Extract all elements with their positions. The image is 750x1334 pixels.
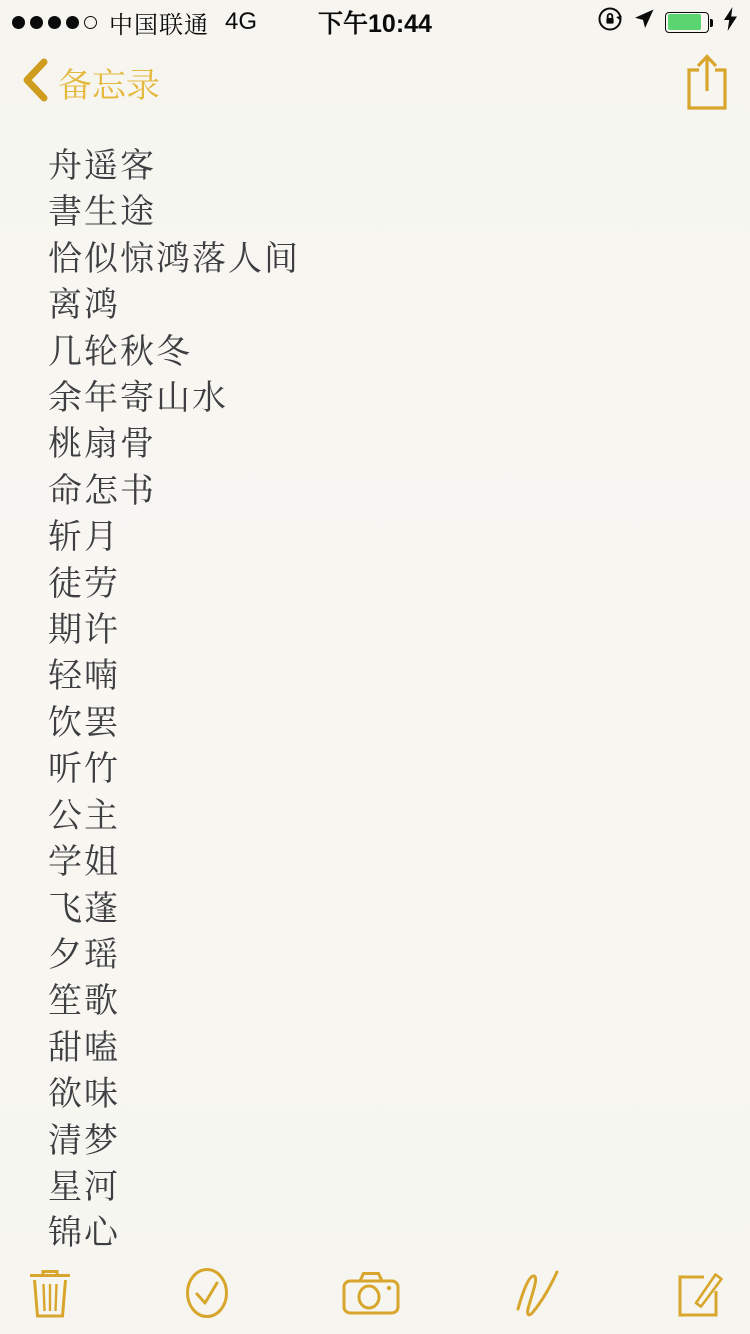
note-line: 期许 bbox=[48, 607, 710, 653]
note-line: 徒劳 bbox=[48, 561, 710, 607]
back-button-label: 备忘录 bbox=[58, 58, 160, 107]
note-line: 飞蓬 bbox=[48, 886, 710, 932]
note-line: 書生途 bbox=[48, 189, 710, 235]
note-line: 夕瑶 bbox=[48, 932, 710, 978]
charging-bolt-icon bbox=[724, 7, 738, 38]
note-line: 欲味 bbox=[48, 1071, 710, 1117]
note-line: 清梦 bbox=[48, 1118, 710, 1164]
note-line: 几轮秋冬 bbox=[48, 329, 710, 375]
signal-dot bbox=[66, 16, 79, 29]
note-line: 舟遥客 bbox=[48, 143, 710, 189]
note-line: 甜嗑 bbox=[48, 1025, 710, 1071]
status-right bbox=[597, 6, 738, 39]
status-bar: 中国联通 4G 下午10:44 bbox=[0, 0, 750, 44]
sketch-squiggle-icon bbox=[513, 1307, 563, 1322]
orientation-lock-icon bbox=[597, 6, 623, 39]
note-line: 听竹 bbox=[48, 746, 710, 792]
note-line: 笙歌 bbox=[48, 978, 710, 1024]
nav-bar: 备忘录 bbox=[0, 44, 750, 120]
iphone-screen: 中国联通 4G 下午10:44 bbox=[0, 0, 750, 1334]
note-line: 桃扇骨 bbox=[48, 421, 710, 467]
bottom-toolbar bbox=[0, 1257, 750, 1334]
checklist-button[interactable] bbox=[185, 1267, 229, 1319]
camera-button[interactable] bbox=[342, 1270, 400, 1316]
network-label: 4G bbox=[225, 8, 257, 36]
note-line: 饮罢 bbox=[48, 700, 710, 746]
signal-dot bbox=[30, 16, 43, 29]
note-line: 恰似惊鸿落人间 bbox=[48, 236, 710, 282]
note-line: 公主 bbox=[48, 793, 710, 839]
compose-button[interactable] bbox=[676, 1268, 724, 1318]
delete-button[interactable] bbox=[28, 1268, 72, 1318]
location-icon bbox=[632, 7, 656, 38]
checkmark-circle-icon bbox=[185, 1307, 229, 1322]
camera-icon bbox=[342, 1304, 400, 1319]
signal-dot bbox=[48, 16, 61, 29]
signal-dot bbox=[84, 16, 97, 29]
compose-icon bbox=[676, 1306, 724, 1321]
share-button[interactable] bbox=[686, 53, 728, 111]
note-line: 离鸿 bbox=[48, 282, 710, 328]
note-line: 轻喃 bbox=[48, 653, 710, 699]
share-icon bbox=[686, 99, 728, 114]
note-line: 斩月 bbox=[48, 514, 710, 560]
status-left: 中国联通 4G bbox=[12, 5, 257, 40]
note-line: 命怎书 bbox=[48, 468, 710, 514]
carrier-label: 中国联通 bbox=[109, 5, 209, 40]
trash-icon bbox=[28, 1306, 72, 1321]
battery-icon bbox=[665, 11, 715, 34]
signal-dots-icon bbox=[12, 16, 97, 29]
note-line: 学姐 bbox=[48, 839, 710, 885]
note-line: 余年寄山水 bbox=[48, 375, 710, 421]
note-line: 星河 bbox=[48, 1164, 710, 1210]
sketch-button[interactable] bbox=[513, 1267, 563, 1319]
note-line: 锦心 bbox=[48, 1210, 710, 1256]
back-chevron-icon bbox=[22, 58, 48, 107]
note-content[interactable]: 舟遥客 書生途 恰似惊鸿落人间 离鸿 几轮秋冬 余年寄山水 桃扇骨 命怎书 斩月… bbox=[0, 120, 750, 1257]
signal-dot bbox=[12, 16, 25, 29]
back-button[interactable]: 备忘录 bbox=[22, 58, 160, 107]
